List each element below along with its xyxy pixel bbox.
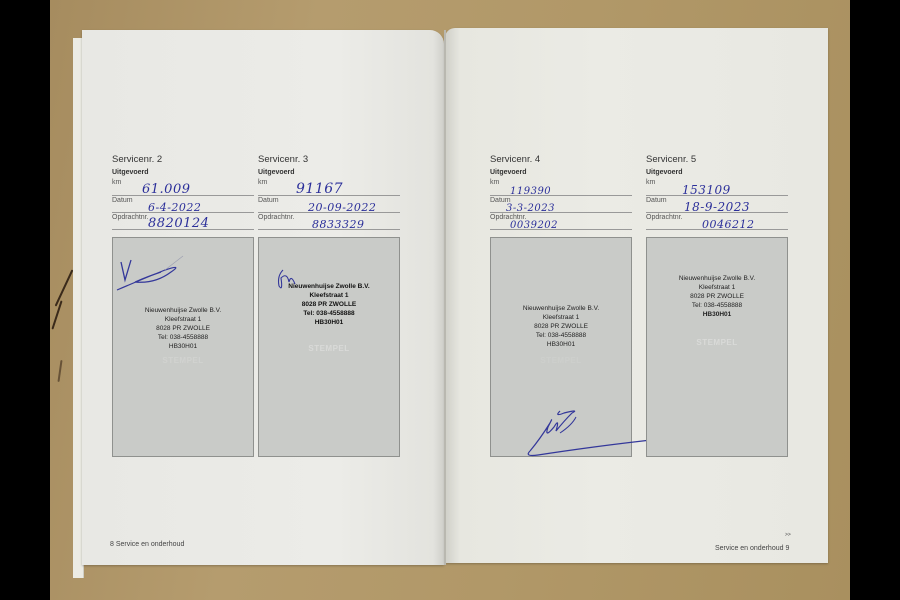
performed-label: Uitgevoerd [112,169,254,176]
order-number-field: Opdrachtnr. 0046212 [646,213,788,230]
performed-label: Uitgevoerd [646,169,788,176]
stamp-line: Tel: 038-4558888 [259,309,399,318]
km-value: 61.009 [142,182,191,197]
service-title: Servicenr. 2 [112,154,254,165]
stamp-placeholder: STEMPEL [113,356,253,365]
stamp-line: Tel: 038-4558888 [491,331,631,340]
km-field: km 91167 [258,176,400,196]
stamp-placeholder: STEMPEL [647,338,787,347]
stamp-placeholder: STEMPEL [491,356,631,365]
date-label: Datum [112,197,133,204]
dealer-stamp: Nieuwenhuijse Zwolle B.V. Kleefstraat 1 … [113,306,253,351]
order-number-value: 8820124 [148,216,209,231]
stamp-line: Kleefstraat 1 [491,313,631,322]
date-label: Datum [646,197,667,204]
stamp-area-2: Nieuwenhuijse Zwolle B.V. Kleefstraat 1 … [112,237,254,457]
order-number-field: Opdrachtnr. 0039202 [490,213,632,230]
km-value: 153109 [682,183,731,197]
date-field: Datum 3-3-2023 [490,196,632,213]
stamp-placeholder: STEMPEL [259,344,399,353]
km-field: km 153109 [646,176,788,196]
stamp-line: Kleefstraat 1 [259,291,399,300]
wood-crack [55,269,74,306]
date-field: Datum 6-4-2022 [112,196,254,213]
km-field: km 119390 [490,176,632,196]
left-page-footer: 8 Service en onderhoud [110,541,184,548]
stamp-line: Nieuwenhuijse Zwolle B.V. [491,304,631,313]
service-entry-5: Servicenr. 5 Uitgevoerd km 153109 Datum … [646,154,788,230]
km-label: km [112,179,121,186]
dealer-stamp: Nieuwenhuijse Zwolle B.V. Kleefstraat 1 … [259,282,399,327]
continue-marker: >> [785,532,791,538]
stamp-line: Kleefstraat 1 [647,283,787,292]
service-entry-2: Servicenr. 2 Uitgevoerd km 61.009 Datum … [112,154,254,230]
order-number-value: 0039202 [510,220,558,231]
stamp-line: 8028 PR ZWOLLE [647,292,787,301]
stamp-line: Nieuwenhuijse Zwolle B.V. [113,306,253,315]
km-label: km [490,179,499,186]
service-entry-4: Servicenr. 4 Uitgevoerd km 119390 Datum … [490,154,632,230]
stamp-area-5: Nieuwenhuijse Zwolle B.V. Kleefstraat 1 … [646,237,788,457]
signature [115,254,185,296]
date-label: Datum [258,197,279,204]
stamp-line: Nieuwenhuijse Zwolle B.V. [259,282,399,291]
km-value: 91167 [296,181,343,197]
date-field: Datum 18-9-2023 [646,196,788,213]
order-number-label: Opdrachtnr. [258,214,295,221]
order-number-label: Opdrachtnr. [112,214,149,221]
dealer-stamp: Nieuwenhuijse Zwolle B.V. Kleefstraat 1 … [647,274,787,319]
stamp-line: HB30H01 [259,318,399,327]
wood-crack [57,360,62,382]
stamp-line: Kleefstraat 1 [113,315,253,324]
stamp-line: Tel: 038-4558888 [113,333,253,342]
stamp-line: 8028 PR ZWOLLE [259,300,399,309]
dealer-stamp: Nieuwenhuijse Zwolle B.V. Kleefstraat 1 … [491,304,631,349]
km-field: km 61.009 [112,176,254,196]
stamp-line: 8028 PR ZWOLLE [113,324,253,333]
order-number-label: Opdrachtnr. [646,214,683,221]
stamp-line: HB30H01 [491,340,631,349]
booklet-spine [444,30,446,565]
order-number-field: Opdrachtnr. 8833329 [258,213,400,230]
date-value: 18-9-2023 [684,200,750,214]
stamp-line: Tel: 038-4558888 [647,301,787,310]
stamp-line: Nieuwenhuijse Zwolle B.V. [647,274,787,283]
order-number-value: 8833329 [312,218,365,231]
service-entry-3: Servicenr. 3 Uitgevoerd km 91167 Datum 2… [258,154,400,230]
service-title: Servicenr. 4 [490,154,632,165]
service-title: Servicenr. 3 [258,154,400,165]
stamp-line: HB30H01 [647,310,787,319]
stamp-line: HB30H01 [113,342,253,351]
km-label: km [258,179,267,186]
stamp-line: 8028 PR ZWOLLE [491,322,631,331]
order-number-value: 0046212 [702,218,755,231]
km-label: km [646,179,655,186]
signature [524,405,664,460]
performed-label: Uitgevoerd [490,169,632,176]
performed-label: Uitgevoerd [258,169,400,176]
service-title: Servicenr. 5 [646,154,788,165]
stamp-area-3: Nieuwenhuijse Zwolle B.V. Kleefstraat 1 … [258,237,400,457]
order-number-field: Opdrachtnr. 8820124 [112,213,254,230]
date-field: Datum 20-09-2022 [258,196,400,213]
right-page-footer: Service en onderhoud 9 [715,545,789,552]
